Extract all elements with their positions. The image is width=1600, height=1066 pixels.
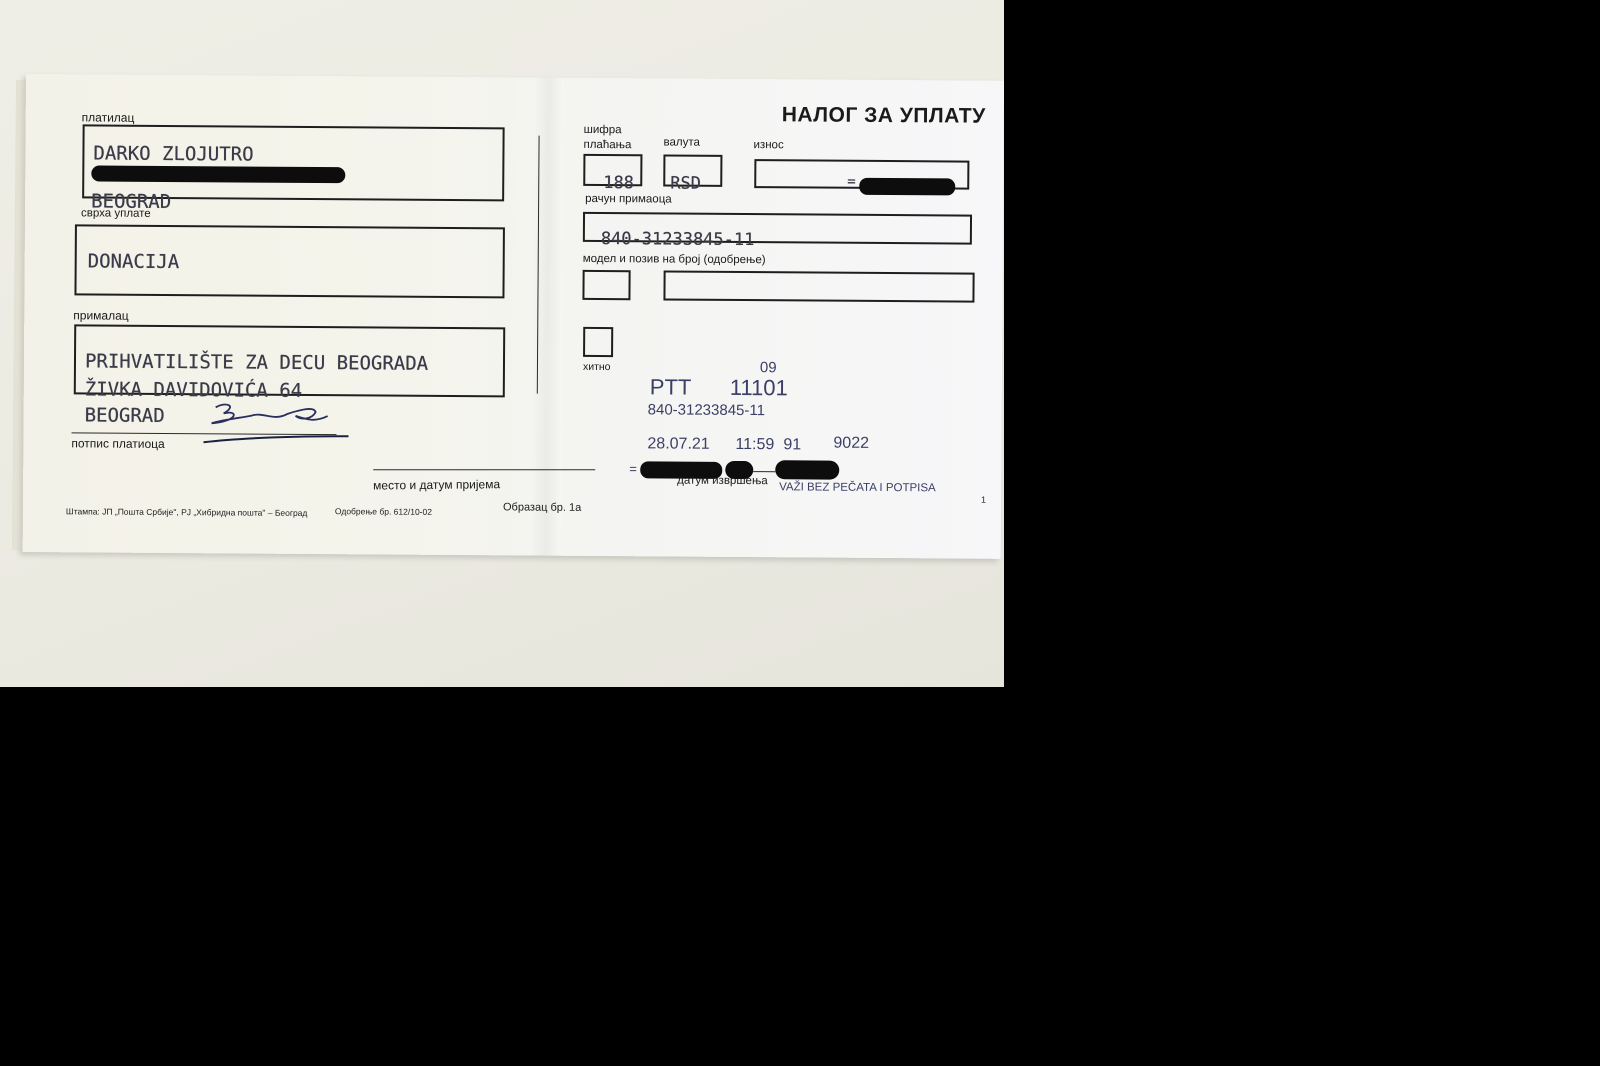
place-date-label: место и датум пријема [373,477,500,492]
amount-label: износ [753,139,783,151]
redacted-payer-address [91,165,345,183]
recipient-name: PRIHVATILIŠTE ZA DECU BEOGRADA [85,350,428,374]
recipient-account-value: 840-31233845-11 [601,229,755,250]
payment-slip: платилац DARKO ZLOJUTRO BEOGRAD сврха уп… [23,74,1004,559]
urgent-label: хитно [583,361,611,373]
payment-code-label-1: шифра [584,124,622,136]
stamp-date: 28.07.21 [647,435,709,453]
currency-label: валута [663,136,699,148]
redacted-amount [859,178,955,196]
approval-note: Одобрење бр. 612/10-02 [335,506,432,517]
recipient-label: прималац [73,308,128,322]
model-reference-label: модел и позив на број (одобрење) [583,253,766,266]
redacted-stamp-amount-3 [775,460,839,479]
stamp-transaction: 9022 [833,435,869,453]
payer-name: DARKO ZLOJUTRO [93,142,253,165]
stamp-amount-prefix: = [629,461,637,476]
execution-date-label: датум извршења [677,475,768,488]
payment-code-label-2: плаћања [583,139,631,151]
currency-value: RSD [670,174,701,194]
stamp-office: PTT [650,374,692,400]
execution-date-line [753,471,775,472]
form-number: Образац бр. 1а [503,501,581,514]
photo-background: платилац DARKO ZLOJUTRO BEOGRAD сврха уп… [0,0,1004,687]
recipient-account-label: рачун примаоца [585,193,672,206]
urgent-checkbox[interactable] [583,327,613,357]
purpose-value: DONACIJA [88,250,180,273]
payer-label: платилац [82,110,135,124]
payment-code-value: 188 [603,173,634,193]
model-field[interactable] [582,270,630,300]
stamp-counter: 91 [783,436,801,454]
page-marker: 1 [981,495,986,505]
signature-icon [203,397,353,448]
stamp-account: 840-31233845-11 [648,401,765,419]
reference-number-field[interactable] [663,270,974,302]
place-date-line [373,469,595,470]
signature-label: потпис платиоца [71,436,164,451]
purpose-label: сврха уплате [81,207,151,219]
stamp-time: 11:59 [735,436,774,454]
stamp-office-number: 11101 [730,375,788,401]
stamp-validity-note: VAŽI BEZ PEČATA I POTPISA [779,481,936,494]
recipient-city: BEOGRAD [85,404,165,427]
amount-prefix: = [847,174,856,190]
form-title: НАЛОГ ЗА УПЛАТУ [782,103,986,128]
paper-fold [531,78,564,556]
stamp-code: 09 [760,359,777,376]
printer-note: Штампа: ЈП „Пошта Србије", РЈ „Хибридна … [66,506,308,518]
